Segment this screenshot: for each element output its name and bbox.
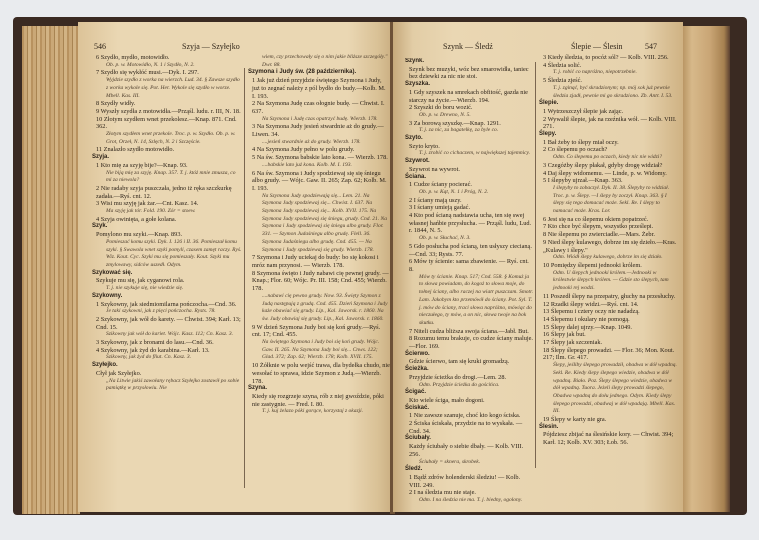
entry-proverb: 11 Znalazło szydło motowidło. [92,146,242,154]
entry-proverb: Szywrot na wywrot. [405,166,533,174]
entry-proverb: 6 Jest się na co ślepemu okiem popatrzeć… [539,216,679,224]
entry-proverb: Gdzie ścierwo, tam się kruki gromadzą. [405,358,533,366]
entry-headword: Szyłejko. [92,362,242,370]
entry-headword: Szynk. [405,58,533,66]
right-page-column-1: Szynk.Szynk bez muzyki, wóz bez smarowid… [405,58,533,508]
entry-proverb: 4 Na Szymona Judy pełno w polu grudy. [248,146,390,154]
right-page-column-2: 3 Kiedy śledzia, to pocóż sól? — Kolb. V… [539,54,679,509]
entry-citation: I ślepyby to zobaczył. Dyk. II. 38. Ślep… [539,185,679,216]
entry-citation: T. j. robić co napróżno, niepotrzebnie. [539,69,679,77]
entry-proverb: Kiedy się rozgrzeje szyna, rób z niej gw… [248,393,390,408]
entry-proverb: 2 I ściany mają uszy. [405,197,533,205]
entry-proverb: 9 W dzień Szymona Judy boi się koń grudy… [248,324,390,339]
entry-proverb: 8 Nie ślepemu po zwierciadle.—Mars. Żebr… [539,231,679,239]
entry-proverb: 5 Na św. Szymona babskie lato kona. — Wi… [248,154,390,162]
entry-proverb: 11 Poszedł ślepy na przepatry, głuchy na… [539,293,679,301]
entry-proverb: 8 Szymona święto i Judy nabawi cię pewne… [248,270,390,293]
entry-citation: Na Szymona Judy spodziewają się... Lem. … [248,193,390,255]
entry-headword: Szyto. [405,135,533,143]
entry-citation: T. j. zrobić co cichaczem, w największej… [405,150,533,158]
entry-proverb: 3 Wisi mu szyję jak żar.—Cnt. Kasz. 14. [92,200,242,208]
entry-citation: Mów ty ścianie. Knap. 517; Cnd. 558. § K… [405,274,533,328]
entry-proverb: 1 Bał żeby to ślepy miał oczy. [539,139,679,147]
entry-headword: Ślepie. [539,100,679,108]
entry-proverb: 2 Co ślepemu po oczach? [539,146,679,154]
entry-proverb: 3 Czegóżby ślepy płakał, gdyby drogę wid… [539,162,679,170]
entry-citation: Odm. Wiódł ślepy kulawego, dobrze im się… [539,254,679,262]
entry-proverb: 3 I ściany umieją gadać. [405,204,533,212]
entry-proverb: 2 Na Szymona Judę czas ołognie budę. — C… [248,100,390,115]
entry-citation: ....babskie lato już kona. Kolb. M. I. 1… [248,162,390,170]
entry-proverb: 9 Wyszły szydła z motowidła.—Prząśl. lud… [92,108,242,116]
entry-headword: Szyszka. [405,81,533,89]
entry-proverb: 5 Gdo posłucha pod ścianą, ten usłyszy c… [405,243,533,258]
entry-citation: T. j. zginąć, być skradzionym; np. mój s… [539,85,679,100]
entry-proverb: 2 Szykowny, jak wół do karety. — Chwist.… [92,316,242,331]
entry-proverb: 2 Szyszki do boru wozić. [405,104,533,112]
entry-citation: „Na Litwie jakiś zawołany rębacz Szyłejk… [92,378,242,393]
entry-headword: Ścigać. [405,389,533,397]
entry-headword: Szyja. [92,154,242,162]
entry-proverb: 1 Jak już dzień przyjdzie świętego Szymo… [248,77,390,100]
entry-proverb: 9 Nied ślepy kulawego, dobrze im się dzi… [539,239,679,254]
entry-proverb: 14 Ślepemu i okulary nie pomogą. [539,316,679,324]
entry-proverb: 3 Na Szymona Judy jesień stwardnie aż do… [248,123,390,138]
entry-headword: Ślesin. [539,424,679,432]
entry-proverb: 2 I na śledzia mu nie staje. [405,489,533,497]
entry-proverb: Każdy ściubały o siebie dbały. — Kolb. V… [405,443,533,458]
entry-headword: Szyk. [92,223,242,231]
left-page: 546 Szyja — Szyłejko 6 Szydło, mydło, mo… [78,22,393,512]
entry-proverb: 2 Wywalił ślepie, jak na rzeźnika wół. —… [539,116,679,131]
entry-proverb: 7 Kto chce być ślepym, wszystko prześlep… [539,223,679,231]
entry-headword: Ściana. [405,174,533,182]
entry-citation: Ściubały = sknera, skrobek. [405,459,533,467]
entry-headword: Szykować się. [92,270,242,278]
entry-proverb: 5 Śledzia zjeść. [539,77,679,85]
entry-proverb: 1 Szykowny, jak siedmiomilarna pończocha… [92,301,242,309]
entry-headword: Szymona i Judy św. (28 października). [248,69,390,77]
entry-headword: Szykowny. [92,293,242,301]
entry-citation: Nie biją mię za szyję. Knap. 357. T. j. … [92,170,242,185]
entry-citation: T. j. nie szykuje się, nie wiedzie się. [92,285,242,293]
entry-citation: Na Szymona i Judę czas opatrzyć budę. Wi… [248,116,390,124]
running-head-left: Szyja — Szyłejko [182,42,240,51]
entry-proverb: 1 Wytrzeszczył ślepie jak zając. [539,108,679,116]
entry-proverb: 1 Cudze ściany pocierać. [405,181,533,189]
entry-proverb: 4 Kto pod ścianą nadstawia ucha, ten się… [405,212,533,235]
entry-proverb: 1 Kto mię za szyję bije?—Knap. 93. [92,162,242,170]
entry-proverb: Szyto kryto. [405,143,533,151]
entry-proverb: 13 Ślepemu i cztery oczy nie nadadzą. [539,308,679,316]
entry-citation: Ob. p. w. Kąt, N. 1 i Próg, N. 2. [405,189,533,197]
entry-proverb: 3 Kiedy śledzia, to pocóż sól? — Kolb. V… [539,54,679,62]
entry-headword: Ściubały. [405,435,533,443]
right-page: Szynk — Śledź Ślepie — Ślesin 547 Szynk.… [393,22,683,512]
entry-proverb: 7 Szymona i Judy uciekaj do budy: bo się… [248,254,390,269]
entry-proverb: 4 Szyja owinięta, a gołe kolana. [92,216,242,224]
entry-proverb: 2 Nie radaby szyja puszczała, jedno iż r… [92,185,242,200]
left-page-column-1: 6 Szydło, mydło, motowidło.Ob. p. w. Mot… [92,54,242,509]
entry-citation: Ma szyję jak tór. Fold. 190. Zór = stoew… [92,208,242,216]
entry-citation: Złotym szydłem wnet przekole. Troc. p. w… [92,131,242,146]
entry-proverb: Kto wiele ściga, mało dogoni. [405,397,533,405]
entry-proverb: Szynk bez muzyki, wóz bez smarowidła, ta… [405,66,533,81]
column-rule [535,62,536,468]
entry-proverb: 3 Za borową szyszkę.—Knap. 1291. [405,120,533,128]
entry-proverb: 18 Ślepy ślepego prowadzi. — Flor. 36; M… [539,347,679,362]
entry-citation: T. j. kuj żelazo póki gorące, korzystaj … [248,408,390,416]
entry-proverb: Pójdziesz zbijać na ślesińskie kory. — C… [539,431,679,446]
entry-citation: Ślepy, jeśliby ślepego prowadził, obadwa… [539,362,679,416]
entry-proverb: 4 Śledzia solić. [539,62,679,70]
entry-proverb: Przyjdzie ścieżka do drogi.—Lem. 28. [405,374,533,382]
entry-proverb: 4 Daj ślepy widomemu. — Linde, p. w. Wid… [539,170,679,178]
entry-citation: ....jesień stwardnie aż do grudy. Wierzb… [248,139,390,147]
page-number-right: 547 [645,42,657,51]
entry-headword: Szyna. [248,385,390,393]
running-head-right-left: Szynk — Śledź [443,42,493,51]
page-edges-right [680,26,730,512]
entry-proverb: 8 Szydły widły. [92,100,242,108]
entry-proverb: 2 Ściska ściskała, przydzie na to wyskał… [405,420,533,435]
entry-citation: Je taki szykowni, jak z pięci pończocha.… [92,308,242,316]
entry-proverb: 17 Ślepy jak szczeniak. [539,339,679,347]
entry-proverb: 16 Ślepy jak but. [539,331,679,339]
entry-proverb: Cłył jak Szyłejko. [92,370,242,378]
entry-citation: Odm. U ślepych jednooki królem.—Jednooki… [539,270,679,293]
entry-proverb: 10 Pomiędzy ślepemi jednooki królem. [539,262,679,270]
entry-proverb: 1 Bądź zdrów holenderski śledziu! — Kolb… [405,474,533,489]
entry-headword: Ślepy. [539,131,679,139]
entry-proverb: Pomylono mu szyki.—Knap. 893. [92,231,242,239]
running-head-right-right: Ślepie — Ślesin [571,42,623,51]
entry-proverb: 10 Złotym szydłem wnet przekolesz.—Knap.… [92,116,242,131]
entry-proverb: 6 Szydło, mydło, motowidło. [92,54,242,62]
entry-proverb: 3 Szykowny, jak z bronami do lasu.—Cnd. … [92,339,242,347]
entry-proverb: 7 Niteli cudza bliższa swoja ściana.—Jab… [405,328,533,336]
entry-citation: Pomieszać komu szyki. Dyk. I. 126 i II. … [92,239,242,270]
entry-citation: ....nabawi cię pewno grudy. Now. 93. Świ… [248,293,390,324]
column-rule [244,68,245,488]
entry-citation: Szikowny jak wół do kariet. Wójc. Kasz. … [92,331,242,339]
entry-citation: Odm. Co ślepemu po oczach, kiedy nic nie… [539,154,679,162]
entry-citation: Wyjdzie szydło z worka na wierzch. Lud. … [92,77,242,100]
entry-proverb: 5 I ślepyby ujrzał.—Knap. 363. [539,177,679,185]
entry-citation: Ob. p. w. Drewno, N. 5. [405,112,533,120]
entry-proverb: 1 Gdy szyszek na smrekach obfitość, gazd… [405,89,533,104]
entry-citation: wiem, czy przechowały się o nim jakie bl… [248,54,390,69]
entry-headword: Ściskać. [405,405,533,413]
entry-proverb: 10 Żółknie w polu wejść trawa, dla bydeł… [248,362,390,385]
entry-citation: Ob. p. w. Słuchać, N. 3. [405,235,533,243]
entry-citation: Ob. p. w. Motowidło, N. 1 i Szydło, N. 2… [92,62,242,70]
left-page-column-2: wiem, czy przechowały się o nim jakie bl… [248,54,390,509]
entry-proverb: 8 Rozumu temu brakuje, co cudze ściany m… [405,335,533,350]
entry-headword: Śledź. [405,466,533,474]
page-number-left: 546 [94,42,106,51]
entry-headword: Ścieżka. [405,366,533,374]
entry-headword: Ścierwo. [405,351,533,359]
entry-citation: Odm. I na śledzia nie ma. T. j. biedny, … [405,497,533,505]
entry-proverb: 1 Nie zawsze szanuje, choć kto kogo ścis… [405,412,533,420]
entry-headword: Szywrot. [405,158,533,166]
entry-citation: T. j. za nic, za bagatelkę, za byle co. [405,127,533,135]
entry-proverb: Szykuje mu się, jak cyganowi rola. [92,277,242,285]
entry-proverb: 6 Mów ty ścienie: sama zbawienie. — Ryś.… [405,258,533,273]
entry-citation: Na świętego Szymona i Judy boi się koń g… [248,339,390,362]
entry-proverb: 7 Szydło się wykłóć musi.—Dyk. I. 297. [92,69,242,77]
entry-citation: Szikowny, jak żyd do fliut. Cn. Kasz. 3. [92,354,242,362]
entry-proverb: 19 Ślepy w karty nie gra. [539,416,679,424]
entry-proverb: 6 Na św. Szymona i Judy spodziewaj się s… [248,170,390,193]
page-edges-left [22,26,80,514]
